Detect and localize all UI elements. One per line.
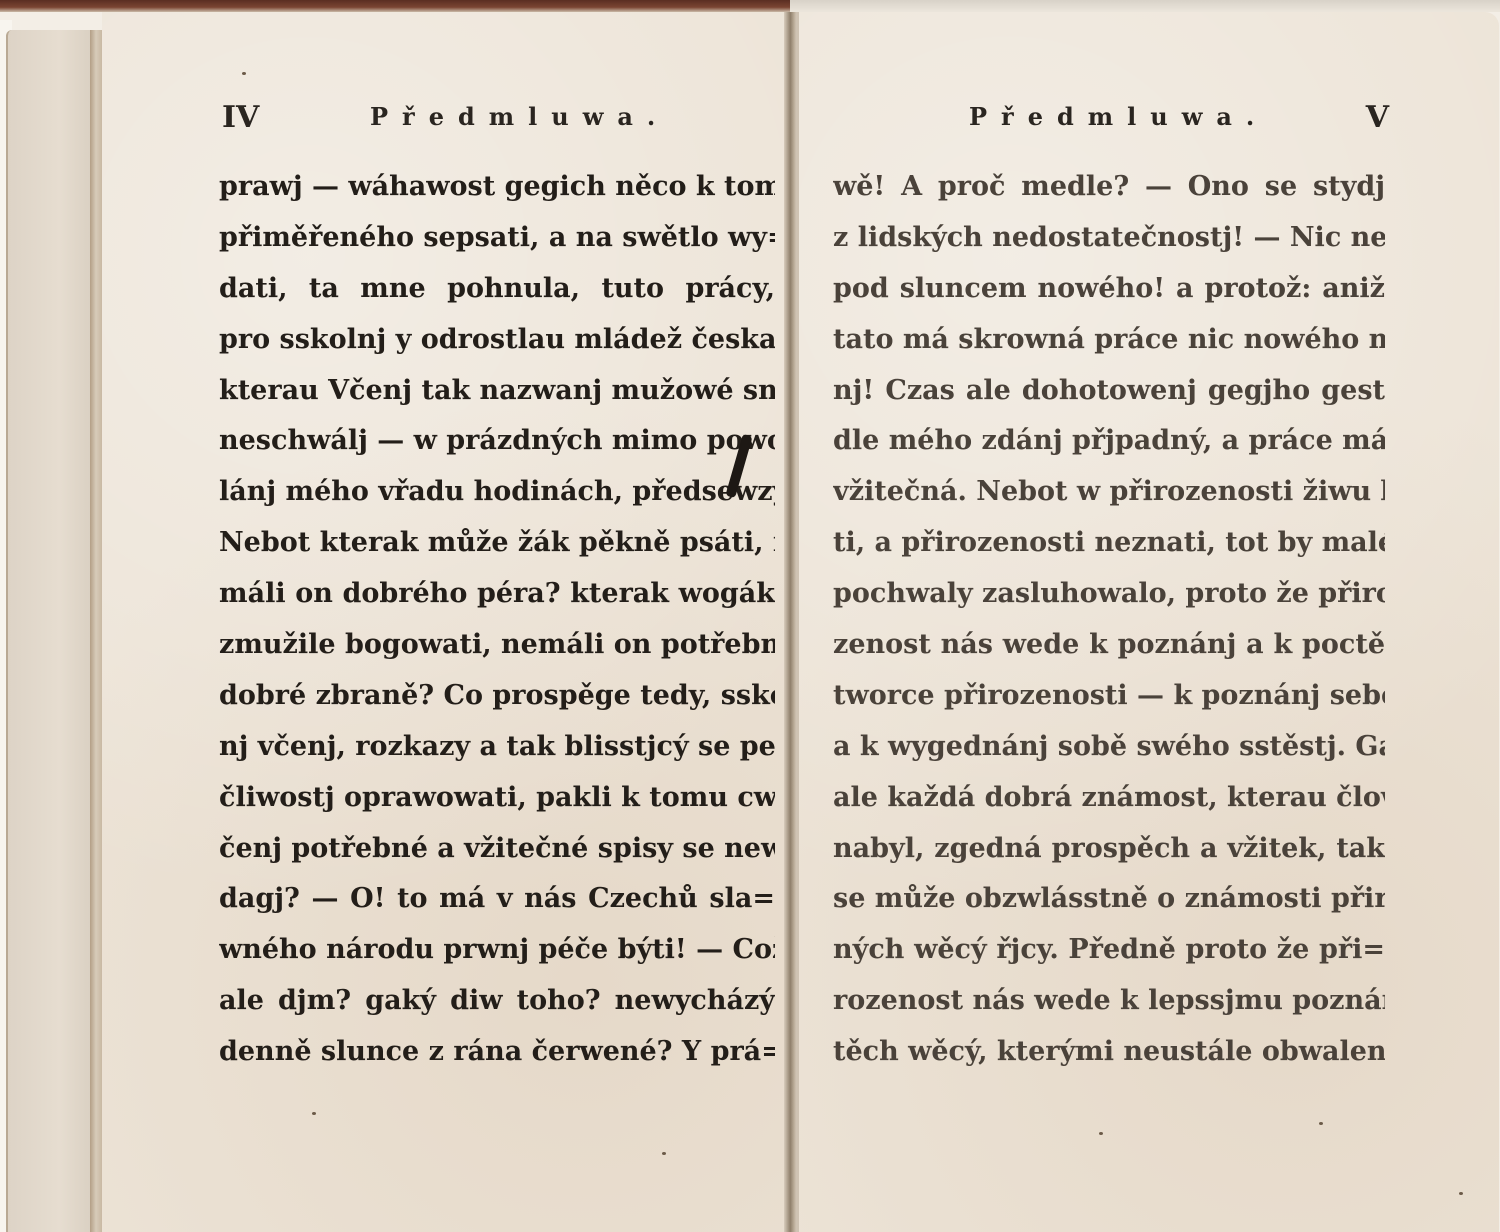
text-line: nj! Czas ale dohotowenj gegjho gest: [833, 366, 1385, 417]
right-running-head: Předmluwa. V: [829, 100, 1389, 140]
text-line: čliwostj oprawowati, pakli k tomu cwi=: [219, 773, 775, 824]
text-line: ných wěcý řjcy. Předně proto že při=: [833, 925, 1385, 976]
text-line: dobré zbraně? Co prospěge tedy, sskol=: [219, 671, 775, 722]
left-body-text: prawj — wáhawost gegich něco k tomu přim…: [219, 162, 775, 1078]
text-line: nj včenj, rozkazy a tak blisstjcý se pe=: [219, 722, 775, 773]
chapter-title: Předmluwa.: [370, 102, 669, 131]
text-line: zenost nás wede k poznánj a k poctě: [833, 620, 1385, 671]
text-line: vžitečná. Nebot w přirozenosti žiwu bý=: [833, 467, 1385, 518]
text-line: prawj — wáhawost gegich něco k tomu: [219, 162, 775, 213]
right-body-text: wě! A proč medle? — Ono se stydj z lidsk…: [833, 162, 1385, 1078]
text-line: čenj potřebné a vžitečné spisy se newy=: [219, 824, 775, 875]
text-line: z lidských nedostatečnostj! — Nic nenj: [833, 213, 1385, 264]
text-line: nabyl, zgedná prospěch a vžitek, tak: [833, 824, 1385, 875]
text-line: neschwálj — w prázdných mimo powo=: [219, 416, 775, 467]
left-page: IV Předmluwa. prawj — wáhawost gegich ně…: [102, 12, 791, 1232]
text-line: pod sluncem nowého! a protož: aniž: [833, 264, 1385, 315]
paper-speck: [312, 1112, 316, 1115]
text-line: dati, ta mne pohnula, tuto prácy,: [219, 264, 775, 315]
text-line: tworce přirozenosti — k poznánj sebe —: [833, 671, 1385, 722]
right-page: Předmluwa. V wě! A proč medle? — Ono se …: [796, 12, 1499, 1232]
book-edge-top-right: [790, 0, 1500, 12]
paper-speck: [1319, 1122, 1323, 1125]
text-line: ti, a přirozenosti neznati, tot by malé: [833, 518, 1385, 569]
text-line: rozenost nás wede k lepssjmu poznánj: [833, 976, 1385, 1027]
text-line: máli on dobrého péra? kterak wogák: [219, 569, 775, 620]
text-line: Nebot kterak může žák pěkně psáti, ne=: [219, 518, 775, 569]
text-line: a k wygednánj sobě swého sstěstj. Gako: [833, 722, 1385, 773]
text-line: dle mého zdánj přjpadný, a práce má: [833, 416, 1385, 467]
text-line: denně slunce z rána čerwené? Y prá=: [219, 1027, 775, 1078]
text-line: wného národu prwnj péče býti! — Což: [219, 925, 775, 976]
text-line: zmužile bogowati, nemáli on potřebné: [219, 620, 775, 671]
left-running-head: IV Předmluwa.: [222, 100, 782, 140]
paper-speck: [1099, 1132, 1103, 1135]
page-number-iv: IV: [222, 100, 259, 135]
text-line: lánj mého vřadu hodinách, předsewzýti.: [219, 467, 775, 518]
text-line: těch wěcý, kterými neustále obwaleni: [833, 1027, 1385, 1078]
text-line: se může obzwlásstně o známosti přiroze=: [833, 874, 1385, 925]
text-line: přiměřeného sepsati, a na swětlo wy=: [219, 213, 775, 264]
page-number-v: V: [1366, 100, 1389, 135]
text-line: kterau Včenj tak nazwanj mužowé snad: [219, 366, 775, 417]
paper-speck: [662, 1152, 666, 1155]
text-line: pro sskolnj y odrostlau mládež českau —: [219, 315, 775, 366]
text-line: pochwaly zasluhowalo, proto že přiro=: [833, 569, 1385, 620]
paper-speck: [242, 72, 246, 75]
text-line: wě! A proč medle? — Ono se stydj: [833, 162, 1385, 213]
text-line: dagj? — O! to má v nás Czechů sla=: [219, 874, 775, 925]
text-line: tato má skrowná práce nic nowého ne=: [833, 315, 1385, 366]
chapter-title: Předmluwa.: [969, 102, 1268, 131]
paper-speck: [1459, 1192, 1463, 1195]
text-line: ale djm? gaký diw toho? newycházý: [219, 976, 775, 1027]
flyleaf-fold: [90, 30, 102, 1232]
flyleaf-left: [6, 30, 94, 1232]
text-line: ale každá dobrá známost, kterau člowěk: [833, 773, 1385, 824]
